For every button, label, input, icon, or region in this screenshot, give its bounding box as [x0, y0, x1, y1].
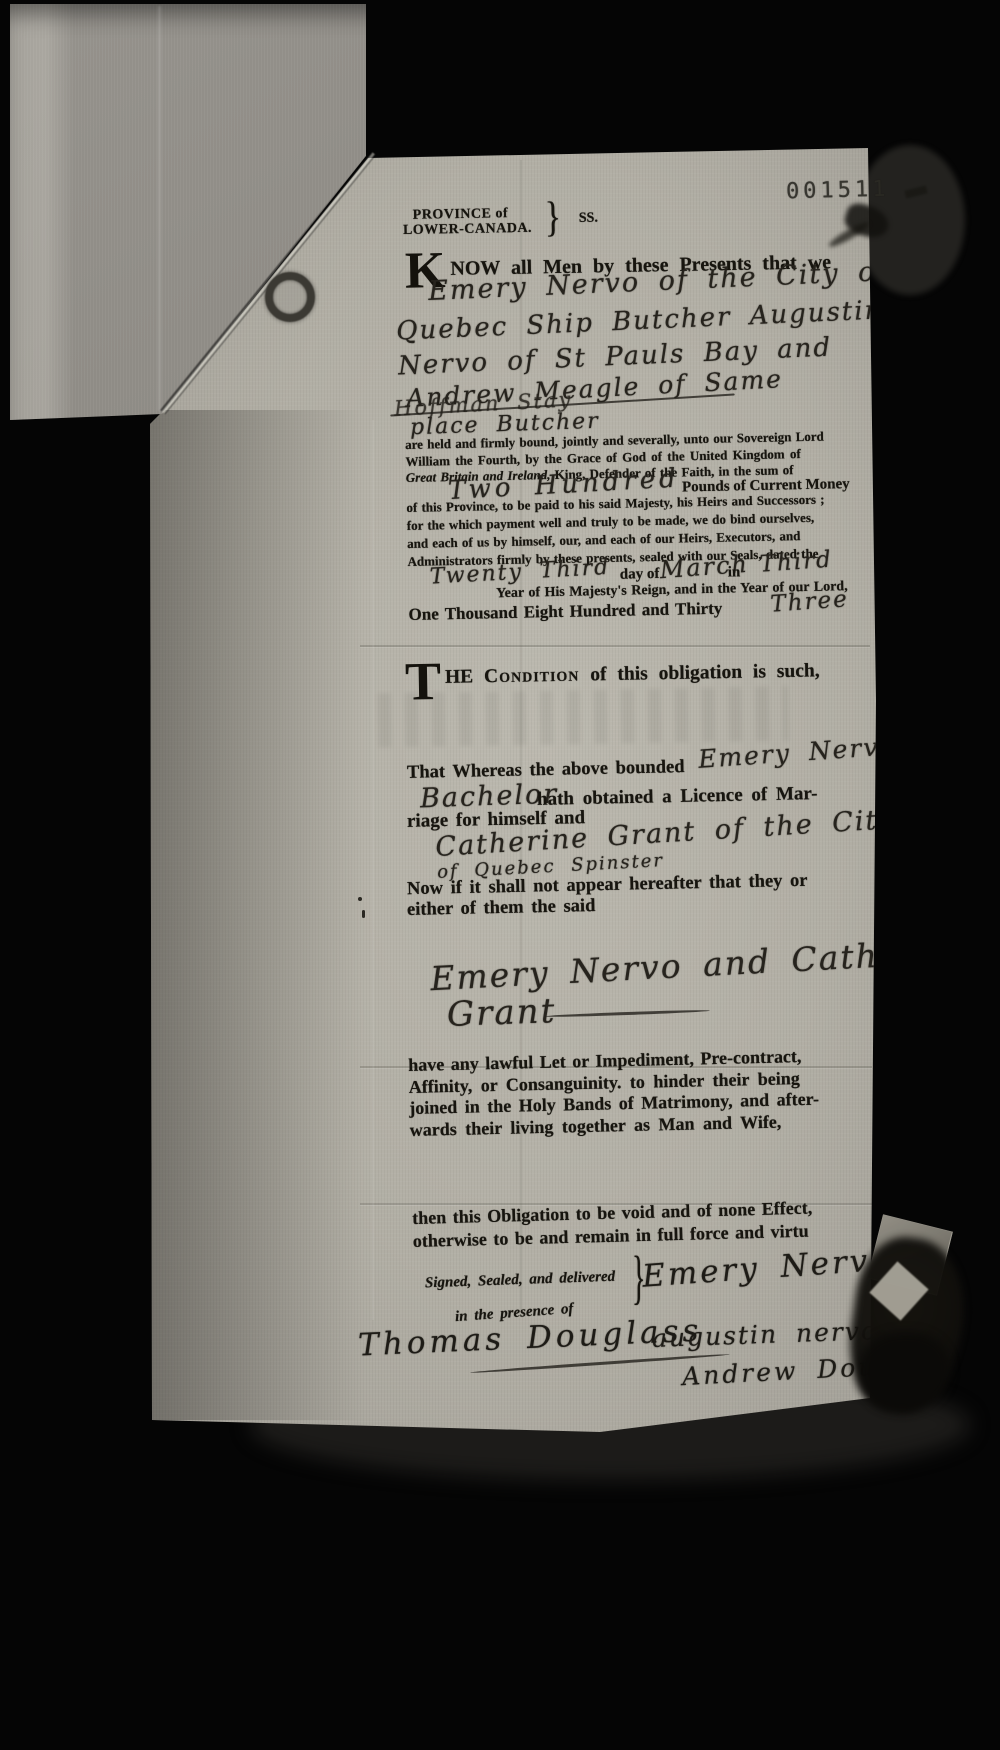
in-label: in	[728, 564, 741, 581]
province-line2: LOWER-CANADA.	[403, 221, 532, 239]
whereas-now-line-2: either of them the said	[407, 896, 596, 921]
bond-paragraph: are held and firmly bound, jointly and s…	[405, 427, 884, 636]
hand-couple-line-1: Emery Nervo and Catherine	[429, 931, 976, 999]
show-through-ghost-text	[378, 686, 789, 747]
frame-number: 001511	[786, 177, 890, 205]
attestation-signed-line: Signed, Sealed, and delivered	[425, 1269, 616, 1293]
ink-speck-2	[362, 910, 365, 918]
fold-line-vertical-2	[372, 420, 374, 1320]
condition-text: HE Condition of this obligation is such,	[445, 660, 820, 689]
ink-speck-1	[358, 897, 362, 901]
left-edge-shading	[150, 410, 365, 1420]
impediment-paragraph: have any lawful Let or Impediment, Pre-c…	[408, 1045, 870, 1150]
hand-year-suffix: Three	[770, 586, 850, 618]
ss-abbrev: SS.	[579, 211, 598, 227]
day-of-label: day of	[620, 566, 660, 584]
condition-rest: of this obligation is such,	[579, 660, 820, 685]
page-crease-line	[158, 6, 161, 411]
flourish-line	[545, 1009, 710, 1018]
seal-dark-blob-lower	[858, 1332, 950, 1412]
province-brace: }	[544, 194, 561, 242]
condition-word: Condition	[484, 665, 580, 688]
bond-line-9: One Thousand Eight Hundred and Thirty	[408, 599, 722, 625]
hand-reign-year: Third	[759, 547, 834, 578]
fold-line-horizontal-1	[360, 645, 870, 647]
condition-he: HE	[445, 666, 484, 688]
hand-couple-line-2: Grant	[446, 991, 557, 1035]
punch-hole-ring	[265, 272, 315, 322]
microfilm-scan: PROVINCE of LOWER-CANADA. } SS. K NOW al…	[0, 0, 1000, 1750]
